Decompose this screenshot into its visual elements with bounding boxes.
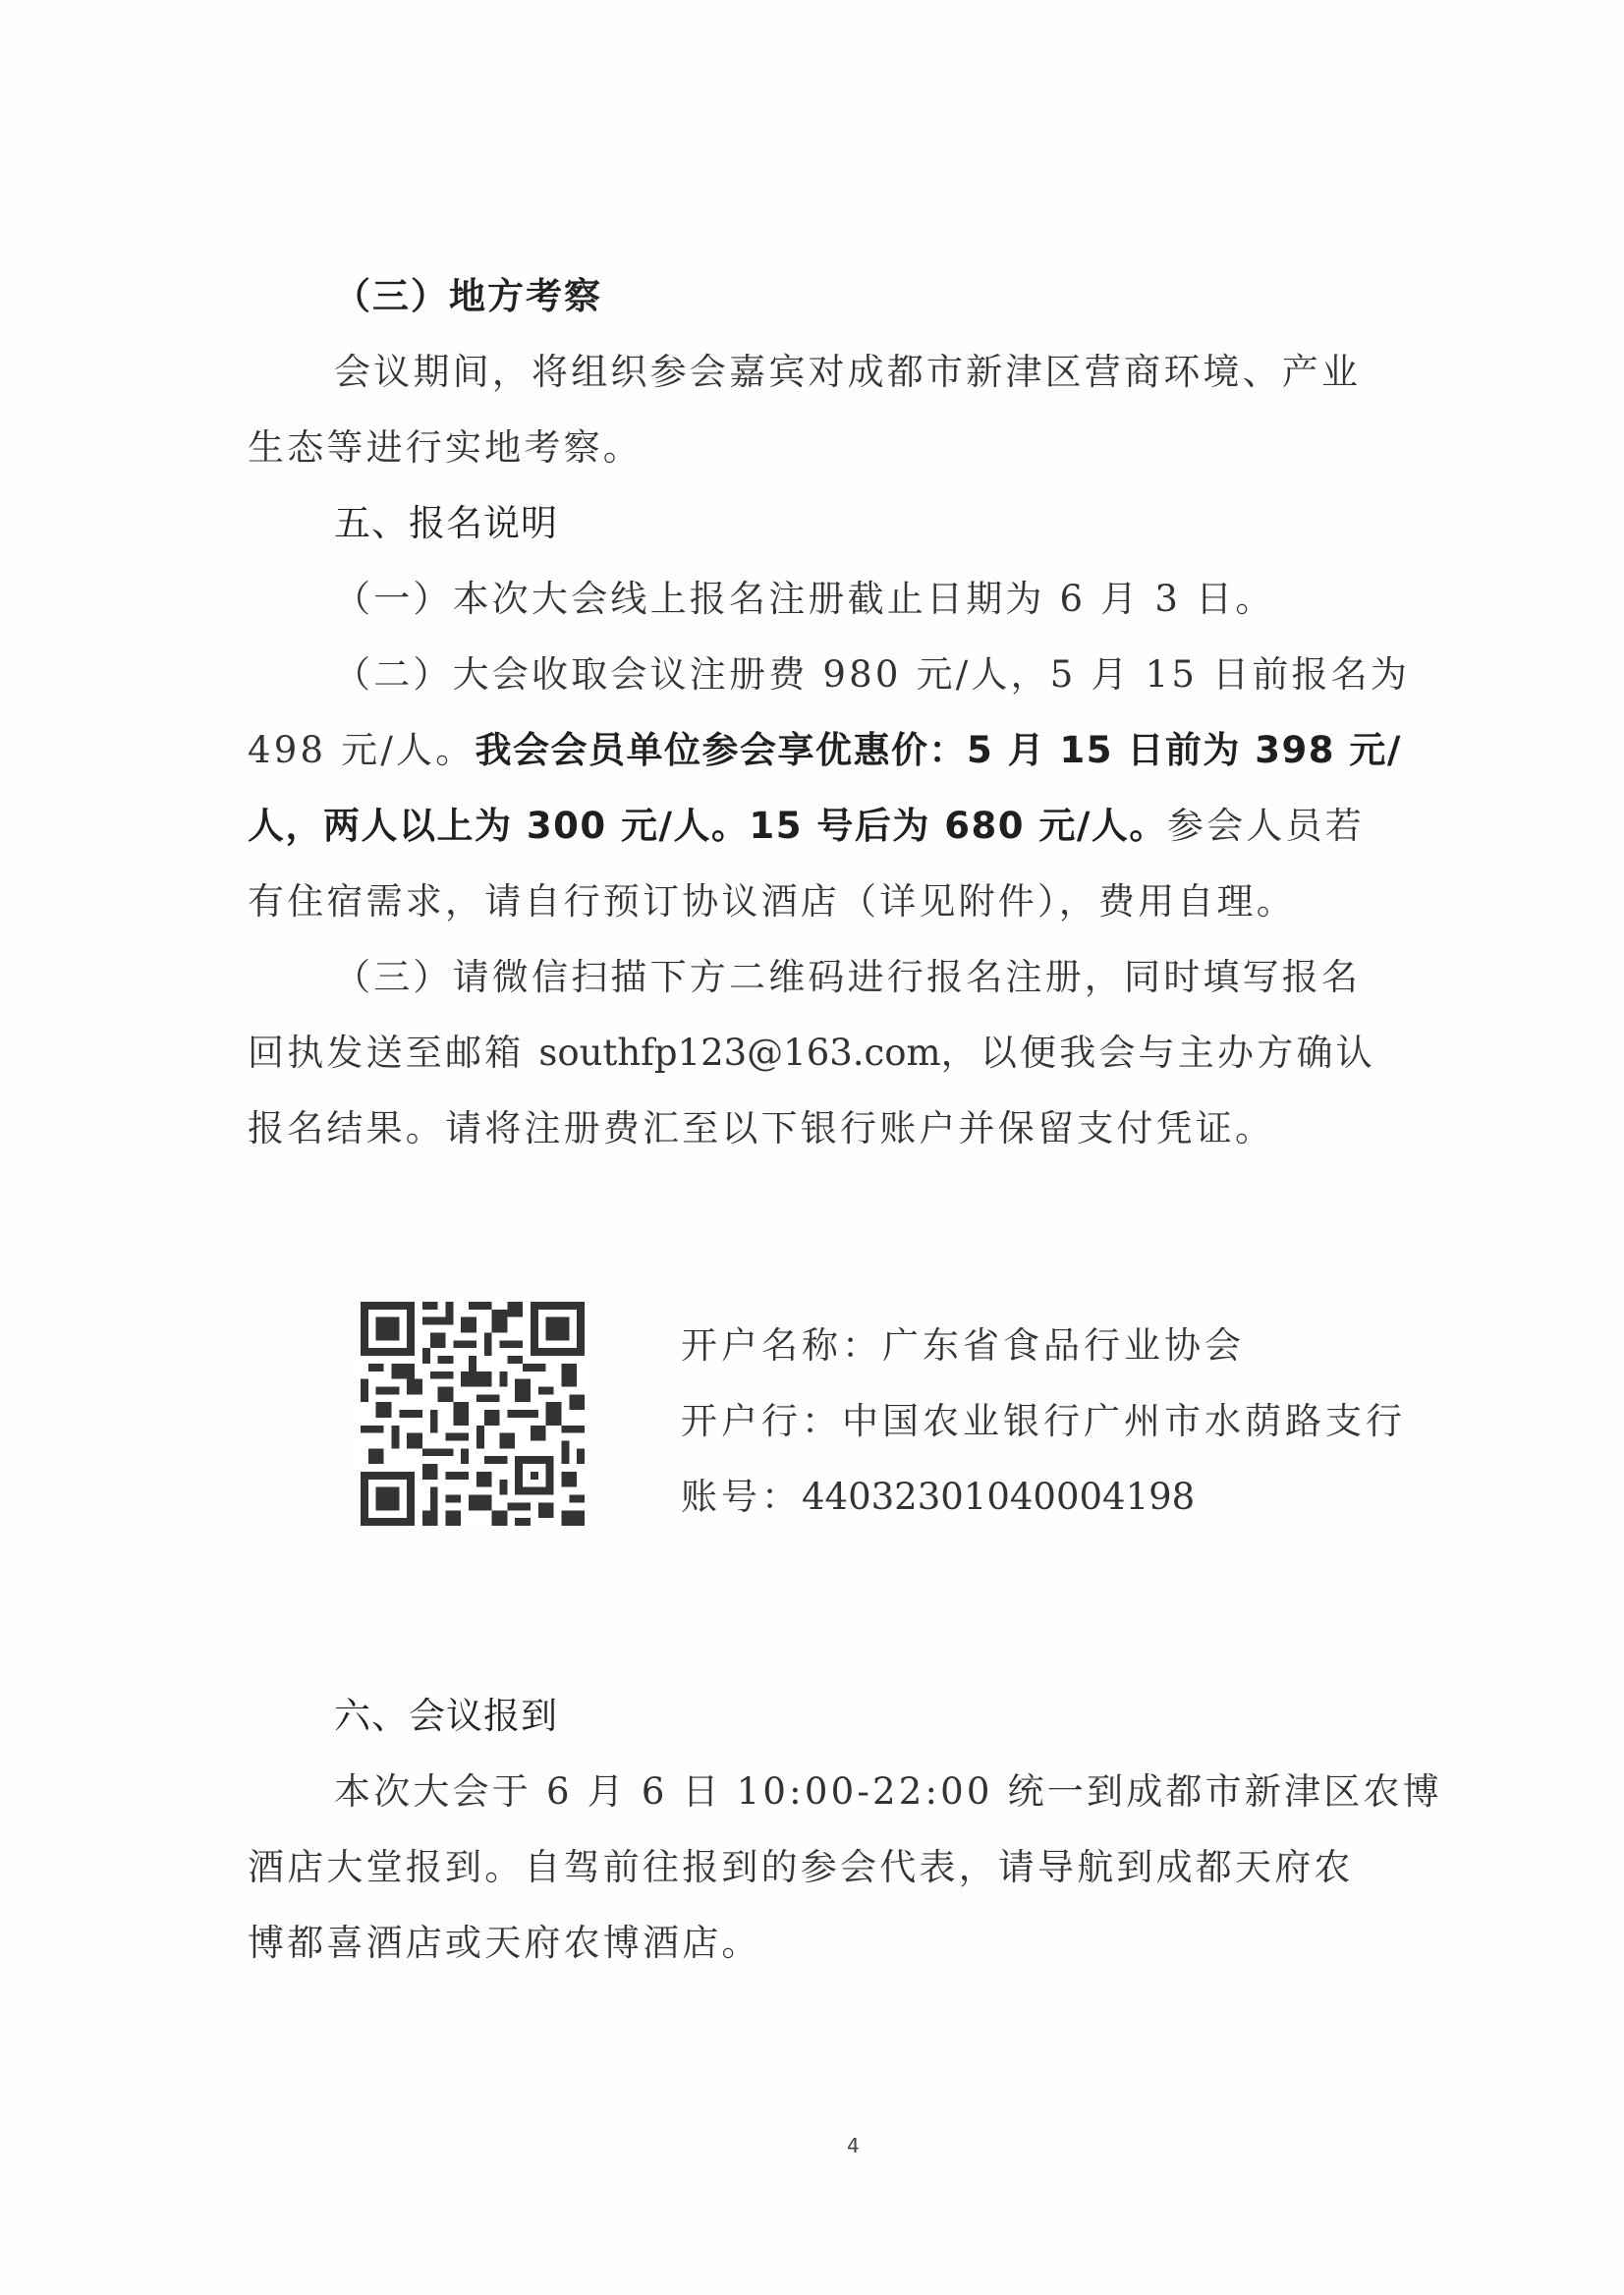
registration-deadline: （一）本次大会线上报名注册截止日期为 6 月 3 日。 [334,575,1466,624]
fee-text: 498 元/人。 [248,729,475,771]
qr-instruction-line: （三）请微信扫描下方二维码进行报名注册，同时填写报名 [334,953,1466,1002]
member-discount-text: 我会会员单位参会享优惠价：5 月 15 日前为 398 元/ [475,729,1401,771]
account-number-label: 账号： [681,1476,802,1518]
document-page: （三）地方考察 会议期间，将组织参会嘉宾对成都市新津区营商环境、产业 生态等进行… [0,0,1624,2295]
qr-instruction-line: 回执发送至邮箱 southfp123@163.com，以便我会与主办方确认 [248,1029,1466,1078]
member-discount-text: 人，两人以上为 300 元/人。15 号后为 680 元/人。 [248,805,1167,847]
email-link[interactable]: southfp123@163.com [538,1032,940,1074]
email-prefix: 回执发送至邮箱 [248,1032,538,1074]
paragraph-line: 酒店大堂报到。自驾前往报到的参会代表，请导航到成都天府农 [248,1843,1466,1892]
registration-fee-line: 498 元/人。我会会员单位参会享优惠价：5 月 15 日前为 398 元/ [248,726,1466,775]
paragraph-line: 博都喜酒店或天府农博酒店。 [248,1919,1466,1968]
email-suffix: ，以便我会与主办方确认 [941,1032,1375,1074]
section-heading-local-inspection: （三）地方考察 [334,272,1466,321]
registration-fee-line: 人，两人以上为 300 元/人。15 号后为 680 元/人。参会人员若 [248,802,1466,851]
section-heading-check-in: 六、会议报到 [334,1692,1466,1741]
fee-text: 参会人员若 [1167,805,1365,847]
paragraph-line: 生态等进行实地考察。 [248,423,1466,473]
qr-code-icon[interactable] [361,1302,585,1526]
bank-account-name: 开户名称：广东省食品行业协会 [681,1321,1245,1371]
bank-account-number: 账号：44032301040004198 [681,1473,1195,1522]
account-number-value: 44032301040004198 [802,1476,1195,1518]
paragraph-line: 会议期间，将组织参会嘉宾对成都市新津区营商环境、产业 [334,348,1466,397]
page-number: 4 [847,2134,860,2157]
bank-branch: 开户行：中国农业银行广州市水荫路支行 [681,1397,1406,1446]
paragraph-line: 本次大会于 6 月 6 日 10:00-22:00 统一到成都市新津区农博 [334,1767,1466,1817]
payment-instruction: 报名结果。请将注册费汇至以下银行账户并保留支付凭证。 [248,1104,1466,1153]
registration-fee-line: （二）大会收取会议注册费 980 元/人，5 月 15 日前报名为 [334,650,1466,700]
section-heading-registration: 五、报名说明 [334,499,1466,548]
accommodation-note: 有住宿需求，请自行预订协议酒店（详见附件），费用自理。 [248,877,1466,926]
